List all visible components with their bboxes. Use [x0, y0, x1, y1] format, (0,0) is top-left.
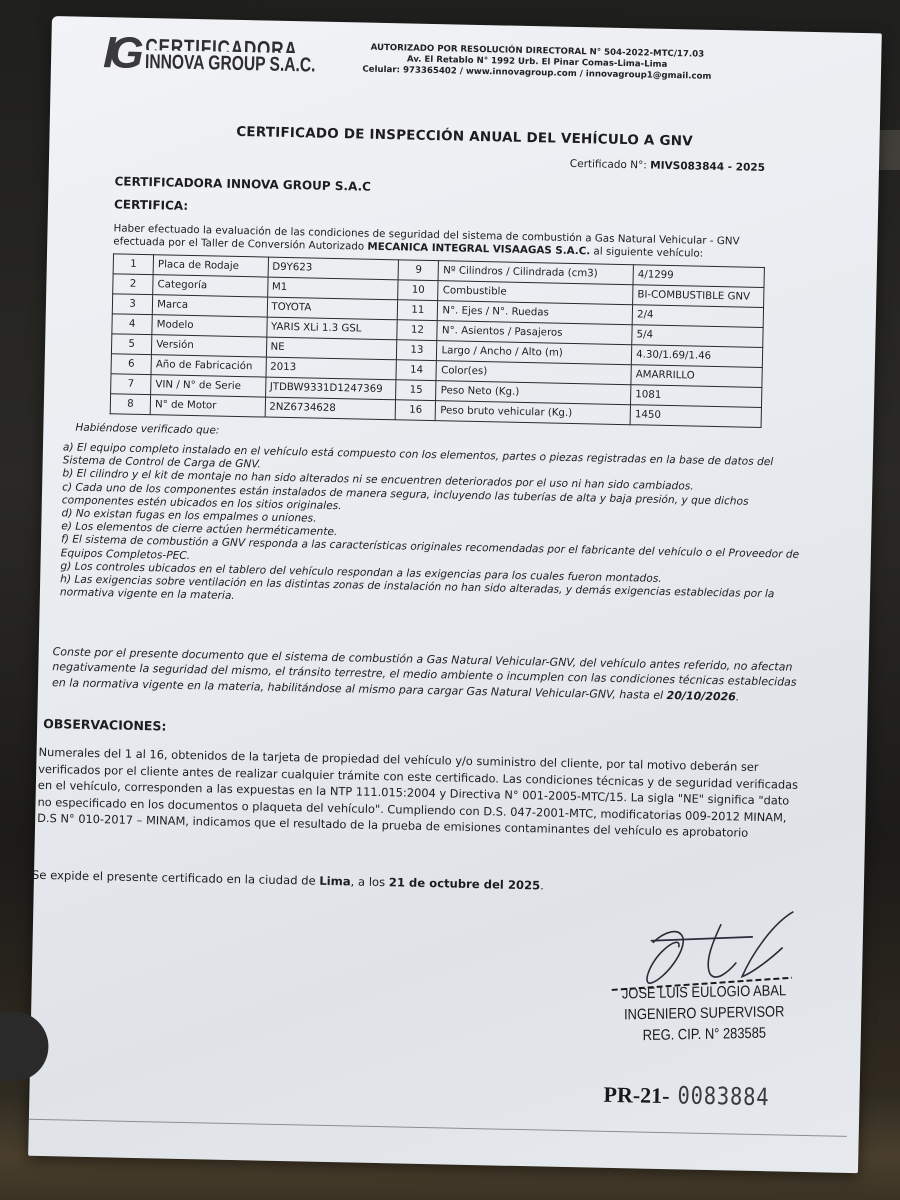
row-number: 1 [113, 254, 154, 275]
row-number: 10 [398, 280, 439, 301]
field-label: Peso bruto vehicular (Kg.) [436, 401, 631, 425]
field-value: 2NZ6734628 [265, 397, 396, 420]
logo-mark: IG [103, 31, 138, 76]
serial-number: 0083884 [677, 1081, 769, 1111]
field-label: Modelo [152, 315, 267, 337]
field-value: 1081 [631, 385, 762, 408]
row-number: 2 [113, 274, 154, 295]
verification-checklist: a) El equipo completo instalado en el ve… [60, 441, 803, 615]
intro-suffix: al siguiente vehículo: [590, 245, 703, 259]
serial-prefix: PR-21- [603, 1082, 670, 1109]
logo-line-2: INNOVA GROUP S.A.C. [145, 52, 316, 76]
field-value: D9Y623 [268, 257, 399, 280]
row-number: 8 [110, 394, 151, 415]
field-label: Versión [152, 335, 267, 357]
field-value: YARIS XLi 1.3 GSL [266, 317, 397, 340]
row-number: 3 [112, 294, 153, 315]
row-number: 9 [398, 260, 439, 281]
field-label: VIN / N° de Serie [151, 375, 266, 397]
field-label: Placa de Rodaje [153, 255, 268, 277]
row-number: 6 [111, 354, 152, 375]
field-value: 2013 [265, 357, 396, 380]
field-value: 4.30/1.69/1.46 [631, 345, 762, 368]
field-value: 5/4 [632, 325, 763, 348]
vehicle-table: 1Placa de RodajeD9Y6239Nº Cilindros / Ci… [110, 253, 765, 428]
conste-paragraph: Conste por el presente documento que el … [52, 644, 803, 706]
field-label: Año de Fabricación [151, 355, 266, 377]
conste-suffix: . [736, 690, 740, 703]
verified-heading: Habiéndose verificado que: [75, 422, 219, 437]
certificate-document: IG CERTIFICADORA INNOVA GROUP S.A.C. AUT… [28, 16, 882, 1173]
form-serial: PR-21- 0083884 [603, 1080, 786, 1112]
row-number: 14 [396, 360, 437, 381]
signatory-registry: REG. CIP. N° 283585 [618, 1022, 790, 1046]
punch-hole [0, 1011, 49, 1082]
row-number: 15 [396, 380, 437, 401]
row-number: 13 [397, 340, 438, 361]
certificate-number-label: Certificado N°: [570, 158, 651, 172]
page-edge-line [29, 1119, 847, 1137]
header-info: AUTORIZADO POR RESOLUCIÓN DIRECTORAL N° … [347, 42, 728, 83]
issue-city: Lima [319, 874, 351, 889]
field-value: AMARRILLO [631, 365, 762, 388]
row-number: 11 [398, 300, 439, 321]
row-number: 16 [395, 400, 436, 421]
row-number: 4 [112, 314, 153, 335]
certificate-number: Certificado N°: MIVS083844 - 2025 [570, 158, 765, 174]
issue-statement: Se expide el presente certificado en la … [32, 868, 544, 893]
field-label: Categoría [153, 275, 268, 297]
company-name: CERTIFICADORA INNOVA GROUP S.A.C [114, 174, 371, 193]
issue-middle: , a los [350, 874, 388, 889]
field-value: TOYOTA [267, 297, 398, 320]
field-value: 1450 [630, 405, 761, 428]
observations-heading: OBSERVACIONES: [43, 716, 167, 734]
field-value: BI-COMBUSTIBLE GNV [633, 285, 764, 308]
field-value: 4/1299 [633, 265, 764, 288]
row-number: 5 [111, 334, 152, 355]
signature-block: JOSE LUIS EULOGIO ABAL INGENIERO SUPERVI… [589, 900, 833, 1105]
certifica-heading: CERTIFICA: [114, 197, 188, 213]
field-label: N° de Motor [150, 395, 265, 417]
row-number: 7 [111, 374, 152, 395]
field-value: JTDBW9331D1247369 [265, 377, 396, 400]
issue-prefix: Se expide el presente certificado en la … [32, 868, 320, 888]
field-label: Marca [152, 295, 267, 317]
company-logo: IG CERTIFICADORA INNOVA GROUP S.A.C. [103, 31, 365, 80]
issue-suffix: . [540, 878, 544, 892]
field-value: 2/4 [632, 305, 763, 328]
row-number: 12 [397, 320, 438, 341]
document-title: CERTIFICADO DE INSPECCIÓN ANUAL DEL VEHÍ… [49, 120, 879, 153]
valid-until-date: 20/10/2026 [666, 689, 736, 703]
certificate-number-value: MIVS083844 - 2025 [650, 160, 765, 174]
field-value: NE [266, 337, 397, 360]
issue-date: 21 de octubre del 2025 [389, 875, 541, 892]
field-value: M1 [267, 277, 398, 300]
observations-text: Numerales del 1 al 16, obtenidos de la t… [37, 744, 799, 842]
